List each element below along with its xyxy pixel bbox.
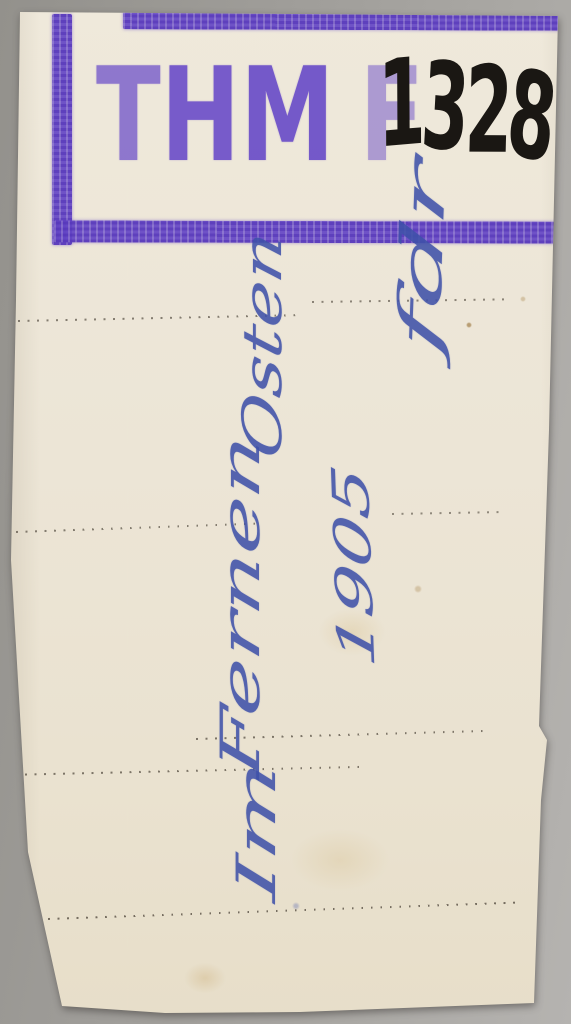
dotted-rule-line: [6, 766, 362, 776]
handwritten-word: 1905: [325, 461, 382, 671]
stamp-letter: T: [96, 39, 161, 191]
handwritten-word: Fernen: [214, 429, 268, 782]
handwritten-word: fdr: [390, 152, 454, 360]
card-shadow-wrap: THMF 1328 Im Fernen Osten 1905 fdr: [0, 0, 571, 1024]
dotted-rule-line: [392, 511, 504, 515]
archival-card: THMF 1328 Im Fernen Osten 1905 fdr: [0, 0, 571, 1024]
stamp-letter: M: [240, 39, 334, 191]
inventory-digit: 8: [502, 52, 557, 182]
stamp-frame-top: [123, 8, 571, 31]
inventory-digit: 3: [418, 46, 468, 170]
stamp-letter: H: [161, 39, 240, 191]
inventory-digit: 1: [378, 43, 422, 167]
photo-background: THMF 1328 Im Fernen Osten 1905 fdr: [0, 0, 571, 1024]
handwritten-word: Osten: [236, 225, 290, 463]
stamp-frame-left: [52, 14, 72, 245]
